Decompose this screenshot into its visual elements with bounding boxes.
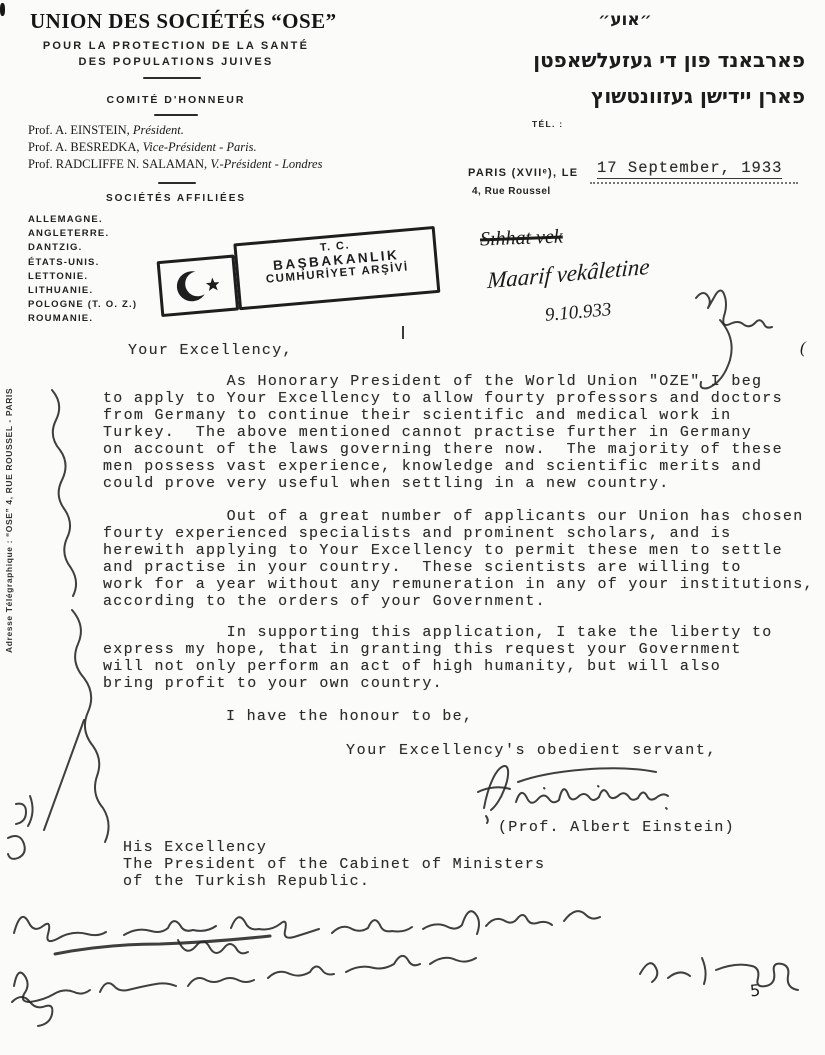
committee-members: Prof. A. EINSTEIN, Président. Prof. A. B… — [28, 122, 322, 173]
yiddish-line-1: ״אוע״ — [560, 10, 690, 30]
bottom-handwriting-squiggle — [0, 878, 825, 1055]
closing-line: I have the honour to be, — [226, 708, 473, 725]
signature-typed-name: (Prof. Albert Einstein) — [498, 819, 735, 836]
margin-handwriting-squiggle — [0, 360, 140, 890]
note-date: 9.10.933 — [544, 299, 612, 327]
committee-member: Prof. RADCLIFFE N. SALAMAN, V.-Président… — [28, 156, 322, 173]
committee-heading: COMITÉ D'HONNEUR — [30, 94, 322, 106]
tel-label: TÉL. : — [532, 119, 563, 129]
divider — [158, 182, 196, 184]
affiliate-item: ANGLETERRE. — [28, 227, 137, 241]
affiliate-item: LITHUANIE. — [28, 284, 137, 298]
stamp-text-box: T. C. BAŞBAKANLIK CUMHURİYET ARŞİVİ — [233, 226, 440, 310]
dotted-date-line — [590, 182, 798, 184]
stamp-emblem-box — [157, 254, 240, 317]
page-number: 5 — [749, 981, 761, 1001]
paragraph-2: Out of a great number of applicants our … — [103, 508, 825, 610]
affiliate-item: ALLEMAGNE. — [28, 213, 137, 227]
dateline-date: 17 September, 1933 — [597, 159, 782, 179]
affiliate-item: POLOGNE (T. O. Z.) — [28, 298, 137, 312]
affiliate-item: LETTONIE. — [28, 270, 137, 284]
org-subtitle-1: POUR LA PROTECTION DE LA SANTÉ — [30, 40, 322, 52]
org-subtitle-2: DES POPULATIONS JUIVES — [30, 56, 322, 68]
divider — [143, 77, 201, 79]
crossed-out-ministry-note: Sıhhat vek — [480, 226, 564, 252]
paragraph-3: In supporting this application, I take t… — [103, 624, 818, 692]
committee-member: Prof. A. BESREDKA, Vice-Président - Pari… — [28, 139, 322, 156]
stray-tick-mark — [402, 326, 404, 339]
affiliates-heading: SOCIÉTÉS AFFILIÉES — [30, 193, 322, 204]
stray-paren-mark: ( — [800, 338, 806, 358]
affiliate-item: ÉTATS-UNIS. — [28, 256, 137, 270]
dateline-place: PARIS (XVIIᵉ), LE — [468, 167, 578, 179]
affiliate-item: ROUMANIE. — [28, 312, 137, 326]
affiliates-list: ALLEMAGNE. ANGLETERRE. DANTZIG. ÉTATS-UN… — [28, 213, 137, 327]
einstein-signature — [466, 756, 681, 824]
dateline-street: 4, Rue Roussel — [472, 186, 551, 197]
org-name: UNION DES SOCIÉTÉS “OSE” — [30, 9, 337, 34]
yiddish-line-2: פארבאנד פון די געזעלשאפטן — [500, 48, 805, 72]
salutation: Your Excellency, — [128, 342, 293, 359]
committee-member: Prof. A. EINSTEIN, Président. — [28, 122, 322, 139]
scan-edge-mark — [0, 3, 5, 16]
turkish-archive-stamp: T. C. BAŞBAKANLIK CUMHURİYET ARŞİVİ — [156, 226, 441, 317]
affiliate-item: DANTZIG. — [28, 241, 137, 255]
ministry-note: Maarif vekâletine — [487, 254, 651, 294]
divider — [154, 114, 198, 116]
paragraph-1: As Honorary President of the World Union… — [103, 373, 818, 492]
yiddish-line-3: פארן יידישן געזוונטשוץ — [500, 84, 805, 108]
scanned-letter-page: ( UNION DES SOCIÉTÉS “OSE” POUR LA PROTE… — [0, 0, 825, 1055]
crescent-and-star-icon — [164, 262, 231, 309]
